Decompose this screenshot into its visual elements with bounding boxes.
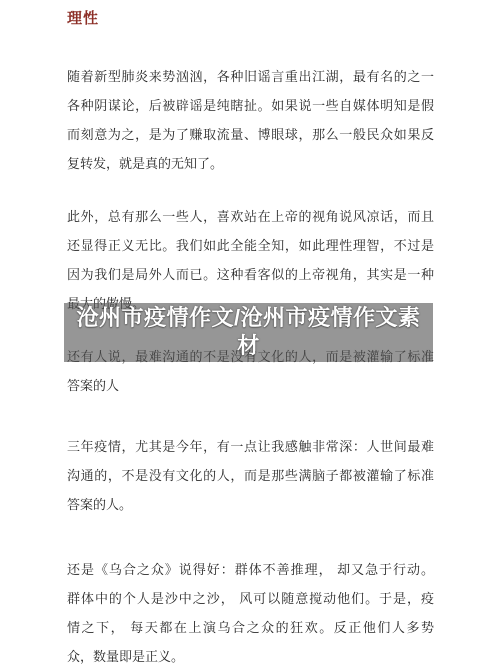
text-line: 随着新型肺炎来势汹汹，各种旧谣言重出江湖，最有名的之一	[67, 62, 434, 91]
text-line: 而刻意为之，是为了赚取流量、博眼球，那么一般民众如果反	[67, 120, 434, 149]
text-line: 各种阴谋论，后被辟谣是纯瞎扯。如果说一些自媒体明知是假	[67, 91, 434, 120]
text-line: 复转发，就是真的无知了。	[67, 149, 434, 178]
text-line: 群体中的个人是沙中之沙， 风可以随意搅动他们。于是，疫	[67, 584, 434, 613]
paragraph-5: 还是《乌合之众》说得好：群体不善推理， 却又急于行动。 群体中的个人是沙中之沙，…	[67, 555, 434, 666]
text-line: 此外，总有那么一些人，喜欢站在上帝的视角说风凉话，而且	[67, 202, 434, 231]
paragraph-1: 随着新型肺炎来势汹汹，各种旧谣言重出江湖，最有名的之一 各种阴谋论，后被辟谣是纯…	[67, 62, 434, 178]
text-line: 情之下， 每天都在上演乌合之众的狂欢。反正他们人多势	[67, 613, 434, 642]
article-heading: 理性	[67, 8, 434, 30]
overlay-title-banner: 沧州市疫情作文/沧州市疫情作文素 材	[64, 303, 433, 362]
overlay-title-line-1: 沧州市疫情作文/沧州市疫情作文素	[64, 304, 433, 332]
overlay-title-line-2: 材	[64, 332, 433, 360]
text-line: 沟通的，不是没有文化的人，而是那些满脑子都被灌输了标准	[67, 461, 434, 490]
text-line: 答案的人	[67, 371, 434, 400]
paragraph-2: 此外，总有那么一些人，喜欢站在上帝的视角说风凉话，而且 还显得正义无比。我们如此…	[67, 202, 434, 318]
text-line: 答案的人。	[67, 490, 434, 519]
text-line: 三年疫情，尤其是今年，有一点让我感触非常深：人世间最难	[67, 432, 434, 461]
text-line: 众，数量即是正义。	[67, 642, 434, 666]
text-line: 还是《乌合之众》说得好：群体不善推理， 却又急于行动。	[67, 555, 434, 584]
article-page: 理性 随着新型肺炎来势汹汹，各种旧谣言重出江湖，最有名的之一 各种阴谋论，后被辟…	[0, 0, 500, 666]
paragraph-4: 三年疫情，尤其是今年，有一点让我感触非常深：人世间最难 沟通的，不是没有文化的人…	[67, 432, 434, 519]
text-line: 还显得正义无比。我们如此全能全知，如此理性理智，不过是	[67, 231, 434, 260]
text-line: 因为我们是局外人而已。这种看客似的上帝视角，其实是一种	[67, 260, 434, 289]
